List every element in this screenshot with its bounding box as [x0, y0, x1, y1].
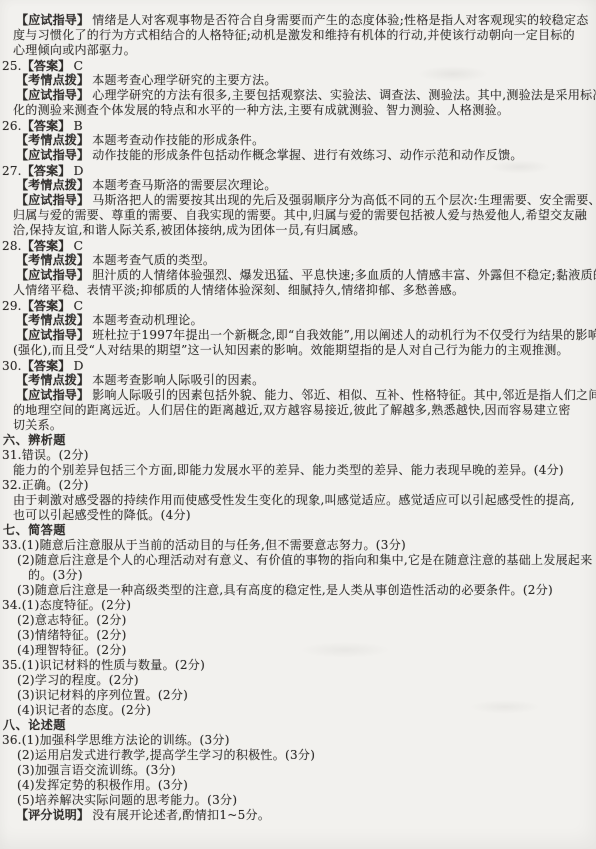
text-line: 【考情点拨】本题考查马斯洛的需要层次理论。 [0, 178, 593, 193]
line-text: (4)发挥定势的积极作用。(3分) [17, 778, 188, 792]
text-line: 27.【答案】D [0, 163, 593, 178]
line-text: (4)识记者的态度。(2分) [17, 703, 151, 717]
bracket-label: 【答案】 [22, 164, 71, 178]
line-text: D [74, 358, 84, 373]
line-text: 心理倾向或内部驱力。 [13, 43, 136, 57]
text-line: (2)运用启发式进行教学,提高学生学习的积极性。(3分) [0, 748, 593, 763]
line-text: C [74, 298, 84, 313]
text-line: 30.【答案】D [0, 358, 593, 373]
line-text: 班杜拉于1997年提出一个新概念,即“自我效能”,用以阐述人的动机行为不仅受行为… [92, 328, 596, 342]
text-line: 的。(3分) [0, 568, 593, 583]
text-line: 36.(1)加强科学思维方法论的训练。(3分) [0, 733, 593, 748]
item-number: 32. [2, 478, 22, 492]
line-text: 度与习惯化了的行为方式相结合的人格特征;动机是激发和维持有机体的行动,并使该行动… [13, 28, 575, 42]
text-line: (4)理智特征。(2分) [0, 643, 593, 658]
bracket-label: 【答案】 [22, 239, 71, 253]
line-text: (强化),而且受“人对结果的期望”这一认知因素的影响。效能期望指的是人对自己行为… [13, 343, 569, 357]
text-line: 29.【答案】C [0, 298, 593, 313]
bracket-label: 【考情点拨】 [16, 73, 89, 87]
bracket-label: 【答案】 [22, 299, 71, 313]
line-text: 本题考查心理学研究的主要方法。 [92, 73, 277, 87]
text-line: 【考情点拨】本题考查动作技能的形成条件。 [0, 133, 593, 148]
line-text: 本题考查气质的类型。 [92, 253, 215, 267]
text-line: 34.(1)态度特征。(2分) [0, 598, 593, 613]
item-number: 25. [2, 59, 22, 73]
bracket-label: 【答案】 [22, 359, 71, 373]
line-text: 六、辨析题 [3, 433, 66, 447]
text-line: 度与习惯化了的行为方式相结合的人格特征;动机是激发和维持有机体的行动,并使该行动… [0, 28, 593, 43]
text-line: 归属与爱的需要、尊重的需要、自我实现的需要。其中,归属与爱的需要包括被人爱与热爱… [0, 208, 593, 223]
text-line: 心理倾向或内部驱力。 [0, 43, 593, 58]
line-text: D [74, 163, 84, 178]
text-line: 26.【答案】B [0, 118, 593, 133]
text-line: (4)识记者的态度。(2分) [0, 703, 593, 718]
line-text: (1)加强科学思维方法论的训练。(3分) [22, 733, 230, 747]
item-number: 31. [2, 448, 22, 462]
line-text: (4)理智特征。(2分) [17, 643, 127, 657]
line-text: B [74, 118, 84, 133]
line-text: 本题考查动机理论。 [92, 313, 203, 327]
line-text: (3)识记材料的序列位置。(2分) [17, 688, 188, 702]
bracket-label: 【应试指导】 [16, 268, 89, 282]
text-line: 【考情点拨】本题考查心理学研究的主要方法。 [0, 73, 593, 88]
line-text: 没有展开论述者,酌情扣1~5分。 [92, 808, 270, 822]
line-text: 马斯洛把人的需要按其出现的先后及强弱顺序分为高低不同的五个层次:生理需要、安全需… [92, 193, 596, 207]
text-line: 【考情点拨】本题考查动机理论。 [0, 313, 593, 328]
line-text: (1)识记材料的性质与数量。(2分) [22, 658, 205, 672]
text-line: (5)培养解决实际问题的思考能力。(3分) [0, 793, 593, 808]
text-line: 能力的个别差异包括三个方面,即能力发展水平的差异、能力类型的差异、能力表现早晚的… [0, 463, 593, 478]
item-number: 26. [2, 119, 22, 133]
line-text: (2)运用启发式进行教学,提高学生学习的积极性。(3分) [17, 748, 315, 762]
line-text: (3)加强言语交流训练。(3分) [17, 763, 176, 777]
text-line: 【应试指导】马斯洛把人的需要按其出现的先后及强弱顺序分为高低不同的五个层次:生理… [0, 193, 593, 208]
text-line: (2)意志特征。(2分) [0, 613, 593, 628]
bracket-label: 【评分说明】 [16, 808, 89, 822]
line-text: (2)随意后注意是个人的心理活动对有意义、有价值的事物的指向和集中,它是在随意注… [17, 553, 593, 567]
item-number: 33. [2, 538, 22, 552]
bracket-label: 【应试指导】 [16, 328, 89, 342]
bracket-label: 【应试指导】 [16, 193, 89, 207]
item-number: 29. [2, 299, 22, 313]
text-line: (3)加强言语交流训练。(3分) [0, 763, 593, 778]
bracket-label: 【考情点拨】 [16, 313, 89, 327]
item-number: 34. [2, 598, 22, 612]
bracket-label: 【考情点拨】 [16, 133, 89, 147]
line-text: (2)学习的程度。(2分) [17, 673, 139, 687]
text-line: 25.【答案】C [0, 58, 593, 73]
text-line: 【应试指导】情绪是人对客观事物是否符合自身需要而产生的态度体验;性格是指人对客观… [0, 13, 593, 28]
text-line: 【考情点拨】本题考查气质的类型。 [0, 253, 593, 268]
item-number: 27. [2, 164, 22, 178]
line-text: C [74, 238, 84, 253]
line-text: 洽,保持友谊,和谐人际关系,被团体接纳,成为团体一员,有归属感。 [13, 223, 366, 237]
text-line: 【应试指导】胆汁质的人情绪体验强烈、爆发迅猛、平息快速;多血质的人情感丰富、外露… [0, 268, 593, 283]
text-line: 【应试指导】动作技能的形成条件包括动作概念掌握、进行有效练习、动作示范和动作反馈… [0, 148, 593, 163]
item-number: 35. [2, 658, 22, 672]
line-text: 情绪是人对客观事物是否符合自身需要而产生的态度体验;性格是指人对客观现实的较稳定… [92, 13, 588, 27]
bracket-label: 【应试指导】 [16, 388, 89, 402]
line-text: 心理学研究的方法有很多,主要包括观察法、实验法、调查法、测验法。其中,测验法是采… [92, 88, 596, 102]
document-text: 【应试指导】情绪是人对客观事物是否符合自身需要而产生的态度体验;性格是指人对客观… [0, 13, 593, 823]
text-line: 的地理空间的距离远近。人们居住的距离越近,双方越容易接近,彼此了解越多,熟悉越快… [0, 403, 593, 418]
text-line: 28.【答案】C [0, 238, 593, 253]
text-line: (3)情绪特征。(2分) [0, 628, 593, 643]
text-line: 33.(1)随意后注意服从于当前的活动目的与任务,但不需要意志努力。(3分) [0, 538, 593, 553]
line-text: 的。(3分) [28, 568, 83, 582]
line-text: 本题考查马斯洛的需要层次理论。 [92, 178, 277, 192]
text-line: 人情绪平稳、表情平淡;抑郁质的人情绪体验深刻、细腻持久,情绪抑郁、多愁善感。 [0, 283, 593, 298]
bracket-label: 【应试指导】 [16, 88, 89, 102]
text-line: 【评分说明】没有展开论述者,酌情扣1~5分。 [0, 808, 593, 823]
line-text: 本题考查动作技能的形成条件。 [92, 133, 264, 147]
text-line: 由于刺激对感受器的持续作用而使感受性发生变化的现象,叫感觉适应。感觉适应可以引起… [0, 493, 593, 508]
line-text: 胆汁质的人情绪体验强烈、爆发迅猛、平息快速;多血质的人情感丰富、外露但不稳定;黏… [92, 268, 596, 282]
text-line: 【考情点拨】本题考查影响人际吸引的因素。 [0, 373, 593, 388]
line-text: (2)意志特征。(2分) [17, 613, 127, 627]
line-text: 七、简答题 [3, 523, 66, 537]
text-line: (2)随意后注意是个人的心理活动对有意义、有价值的事物的指向和集中,它是在随意注… [0, 553, 593, 568]
text-line: 【应试指导】心理学研究的方法有很多,主要包括观察法、实验法、调查法、测验法。其中… [0, 88, 593, 103]
line-text: 动作技能的形成条件包括动作概念掌握、进行有效练习、动作示范和动作反馈。 [92, 148, 523, 162]
bracket-label: 【应试指导】 [16, 13, 89, 27]
line-text: 本题考查影响人际吸引的因素。 [92, 373, 264, 387]
text-line: 洽,保持友谊,和谐人际关系,被团体接纳,成为团体一员,有归属感。 [0, 223, 593, 238]
text-line: (3)随意后注意是一种高级类型的注意,具有高度的稳定性,是人类从事创造性活动的必… [0, 583, 593, 598]
line-text: 人情绪平稳、表情平淡;抑郁质的人情绪体验深刻、细腻持久,情绪抑郁、多愁善感。 [13, 283, 464, 297]
bracket-label: 【答案】 [22, 119, 71, 133]
text-line: 32.正确。(2分) [0, 478, 593, 493]
line-text: 的地理空间的距离远近。人们居住的距离越近,双方越容易接近,彼此了解越多,熟悉越快… [13, 403, 571, 417]
line-text: 能力的个别差异包括三个方面,即能力发展水平的差异、能力类型的差异、能力表现早晚的… [13, 463, 564, 477]
item-number: 28. [2, 239, 22, 253]
item-number: 36. [2, 733, 22, 747]
line-text: 化的测验来测查个体发展的特点和水平的一种方法,主要有成就测验、智力测验、人格测验… [13, 103, 509, 117]
line-text: (3)情绪特征。(2分) [17, 628, 127, 642]
line-text: 归属与爱的需要、尊重的需要、自我实现的需要。其中,归属与爱的需要包括被人爱与热爱… [13, 208, 587, 222]
bracket-label: 【应试指导】 [16, 148, 89, 162]
text-line: 35.(1)识记材料的性质与数量。(2分) [0, 658, 593, 673]
text-line: (4)发挥定势的积极作用。(3分) [0, 778, 593, 793]
text-line: 31.错误。(2分) [0, 448, 593, 463]
line-text: (1)随意后注意服从于当前的活动目的与任务,但不需要意志努力。(3分) [22, 538, 406, 552]
text-line: (3)识记材料的序列位置。(2分) [0, 688, 593, 703]
bracket-label: 【答案】 [22, 59, 71, 73]
line-text: (3)随意后注意是一种高级类型的注意,具有高度的稳定性,是人类从事创造性活动的必… [17, 583, 553, 597]
line-text: 正确。(2分) [22, 478, 89, 492]
line-text: 八、论述题 [3, 718, 66, 732]
text-line: 也可以引起感受性的降低。(4分) [0, 508, 593, 523]
line-text: 影响人际吸引的因素包括外貌、能力、邻近、相似、互补、性格特征。其中,邻近是指人们… [92, 388, 596, 402]
text-line: (2)学习的程度。(2分) [0, 673, 593, 688]
text-line: 六、辨析题 [0, 433, 593, 448]
item-number: 30. [2, 359, 22, 373]
text-line: 化的测验来测查个体发展的特点和水平的一种方法,主要有成就测验、智力测验、人格测验… [0, 103, 593, 118]
document-page: 【应试指导】情绪是人对客观事物是否符合自身需要而产生的态度体验;性格是指人对客观… [0, 0, 596, 849]
line-text: C [74, 58, 84, 73]
line-text: 由于刺激对感受器的持续作用而使感受性发生变化的现象,叫感觉适应。感觉适应可以引起… [13, 493, 575, 507]
text-line: 切关系。 [0, 418, 593, 433]
text-line: (强化),而且受“人对结果的期望”这一认知因素的影响。效能期望指的是人对自己行为… [0, 343, 593, 358]
line-text: (1)态度特征。(2分) [22, 598, 132, 612]
line-text: 错误。(2分) [22, 448, 89, 462]
text-line: 【应试指导】班杜拉于1997年提出一个新概念,即“自我效能”,用以阐述人的动机行… [0, 328, 593, 343]
text-line: 八、论述题 [0, 718, 593, 733]
bracket-label: 【考情点拨】 [16, 178, 89, 192]
line-text: 也可以引起感受性的降低。(4分) [13, 508, 191, 522]
line-text: (5)培养解决实际问题的思考能力。(3分) [17, 793, 237, 807]
text-line: 七、简答题 [0, 523, 593, 538]
bracket-label: 【考情点拨】 [16, 253, 89, 267]
line-text: 切关系。 [13, 418, 62, 432]
bracket-label: 【考情点拨】 [16, 373, 89, 387]
text-line: 【应试指导】影响人际吸引的因素包括外貌、能力、邻近、相似、互补、性格特征。其中,… [0, 388, 593, 403]
